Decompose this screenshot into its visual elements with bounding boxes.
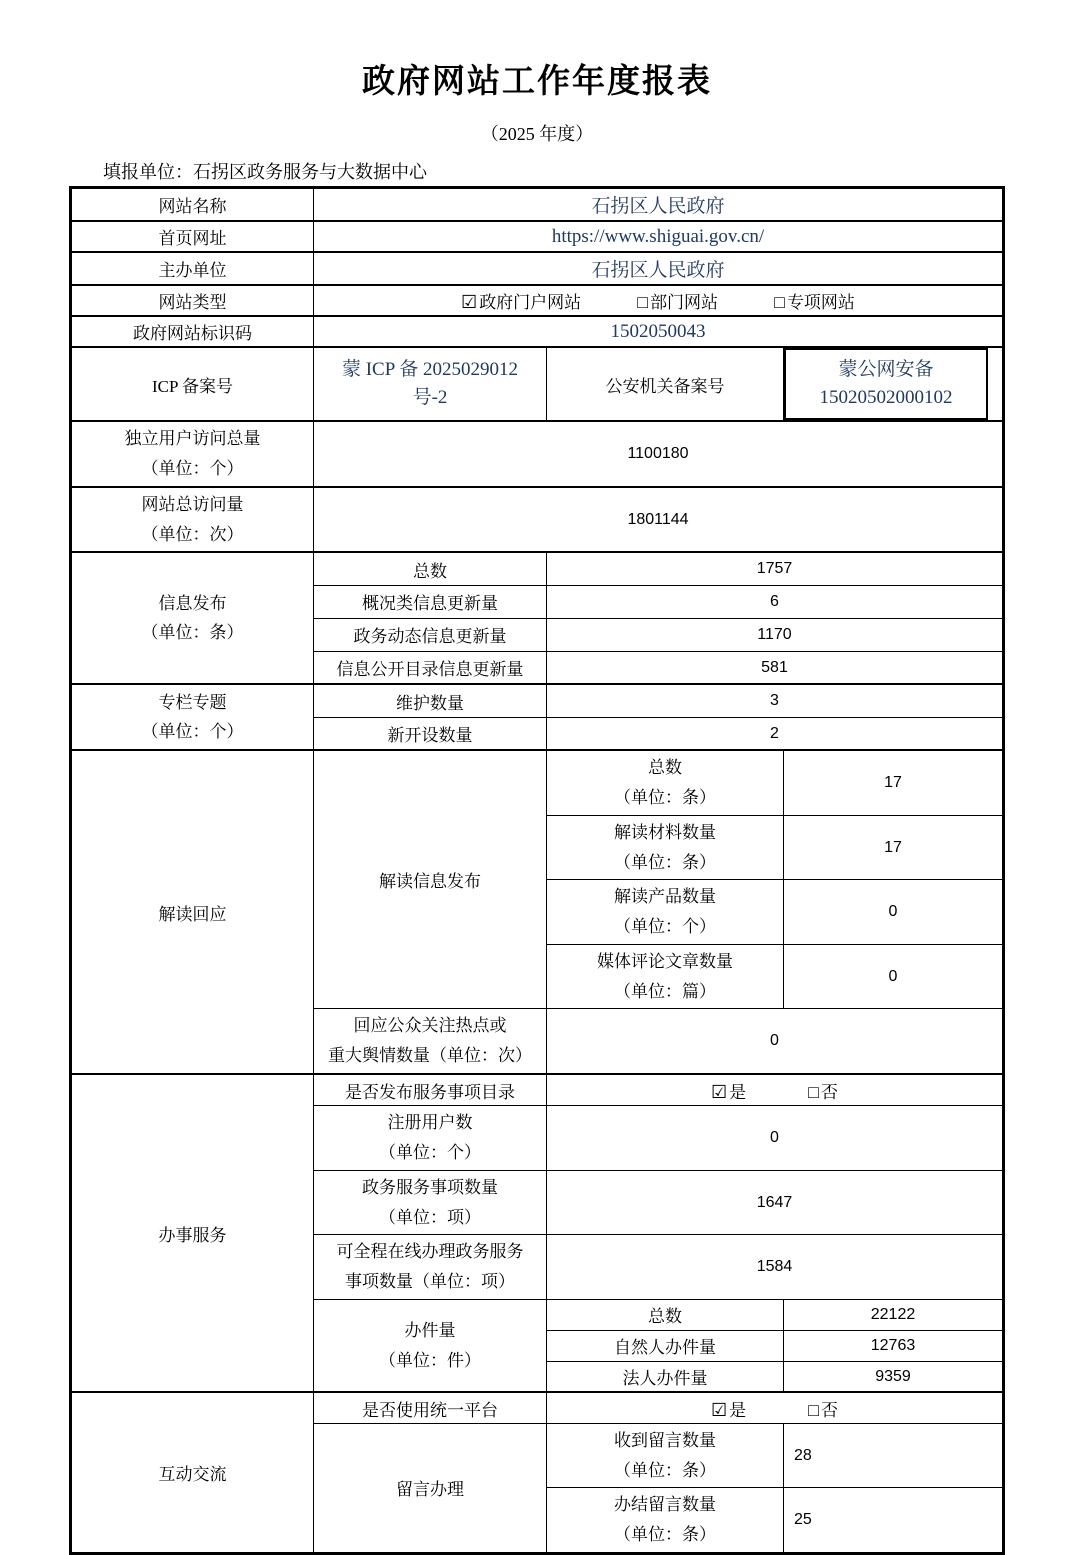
checkbox-unchecked-icon[interactable]: □ — [808, 1400, 819, 1420]
services-catalog-options: ☑是 □否 — [547, 1074, 1004, 1106]
messages-received-value: 28 — [784, 1423, 1004, 1488]
annual-report-table: 网站名称 石拐区人民政府 首页网址 https://www.shiguai.go… — [69, 186, 1005, 1555]
option-label: 部门网站 — [650, 293, 718, 312]
interaction-section-label: 互动交流 — [71, 1392, 314, 1553]
option-label: 否 — [821, 1401, 838, 1420]
platform-option-no[interactable]: □否 — [808, 1396, 838, 1421]
total-visits-value: 1801144 — [314, 487, 1004, 553]
interpretation-media-value: 0 — [784, 944, 1004, 1009]
organizer-value: 石拐区人民政府 — [314, 252, 1004, 285]
checkbox-unchecked-icon[interactable]: □ — [808, 1082, 819, 1102]
table-row: 主办单位 石拐区人民政府 — [71, 252, 1004, 285]
columns-section-label: 专栏专题 （单位：个） — [71, 684, 314, 750]
option-label: 是 — [729, 1401, 746, 1420]
handled-total-value: 22122 — [784, 1299, 1004, 1330]
police-record-cell: 蒙公网安备 15020502000102 — [784, 347, 1004, 421]
interpretation-material-value: 17 — [784, 815, 1004, 880]
messages-resolved-label: 办结留言数量 （单位：条） — [547, 1488, 784, 1554]
table-row: 信息发布 （单位：条） 总数 1757 — [71, 552, 1004, 585]
registered-users-label: 注册用户数 （单位：个） — [314, 1106, 547, 1171]
handled-legal-label: 法人办件量 — [547, 1361, 784, 1392]
info-publish-catalog-value: 581 — [547, 651, 1004, 684]
service-items-label: 政务服务事项数量 （单位：项） — [314, 1170, 547, 1235]
unique-visitors-value: 1100180 — [314, 421, 1004, 487]
table-row: 互动交流 是否使用统一平台 ☑是 □否 — [71, 1392, 1004, 1423]
total-visits-label: 网站总访问量 （单位：次） — [71, 487, 314, 553]
report-page: 政府网站工作年度报表 （2025 年度） 填报单位：石拐区政务服务与大数据中心 … — [0, 0, 1074, 1555]
table-row: 办事服务 是否发布服务事项目录 ☑是 □否 — [71, 1074, 1004, 1106]
handled-legal-value: 9359 — [784, 1361, 1004, 1392]
handled-natural-value: 12763 — [784, 1330, 1004, 1361]
interpretation-publish-label: 解读信息发布 — [314, 750, 547, 1009]
info-publish-total-value: 1757 — [547, 552, 1004, 585]
hotspot-response-label: 回应公众关注热点或 重大舆情数量（单位：次） — [314, 1009, 547, 1074]
columns-new-label: 新开设数量 — [314, 717, 547, 750]
catalog-option-yes[interactable]: ☑是 — [711, 1078, 746, 1103]
table-row: 解读回应 解读信息发布 总数 （单位：条） 17 — [71, 750, 1004, 815]
interpretation-section-label: 解读回应 — [71, 750, 314, 1074]
info-publish-total-label: 总数 — [314, 552, 547, 585]
home-url-label: 首页网址 — [71, 221, 314, 252]
option-label: 是 — [729, 1083, 746, 1102]
interpretation-material-label: 解读材料数量 （单位：条） — [547, 815, 784, 880]
unified-platform-options: ☑是 □否 — [547, 1392, 1004, 1423]
message-handling-label: 留言办理 — [314, 1423, 547, 1553]
info-publish-dynamic-value: 1170 — [547, 618, 1004, 651]
option-label: 专项网站 — [787, 293, 855, 312]
icp-value-line2: 号-2 — [318, 384, 542, 413]
site-type-options: ☑政府门户网站 □部门网站 □专项网站 — [314, 285, 1004, 316]
icp-value-line1: 蒙 ICP 备 2025029012 — [318, 356, 542, 385]
info-publish-dynamic-label: 政务动态信息更新量 — [314, 618, 547, 651]
table-row: 网站总访问量 （单位：次） 1801144 — [71, 487, 1004, 553]
icp-label: ICP 备案号 — [71, 347, 314, 421]
info-publish-overview-value: 6 — [547, 585, 1004, 618]
table-row: 网站名称 石拐区人民政府 — [71, 188, 1004, 222]
organizer-label: 主办单位 — [71, 252, 314, 285]
checkbox-unchecked-icon[interactable]: □ — [637, 292, 648, 312]
report-year: （2025 年度） — [0, 120, 1074, 146]
interpretation-total-label: 总数 （单位：条） — [547, 750, 784, 815]
checkbox-checked-icon[interactable]: ☑ — [461, 292, 477, 312]
handled-natural-label: 自然人办件量 — [547, 1330, 784, 1361]
registered-users-value: 0 — [547, 1106, 1004, 1171]
unified-platform-label: 是否使用统一平台 — [314, 1392, 547, 1423]
columns-new-value: 2 — [547, 717, 1004, 750]
messages-resolved-value: 25 — [784, 1488, 1004, 1554]
columns-maintained-value: 3 — [547, 684, 1004, 717]
table-row: 政府网站标识码 1502050043 — [71, 316, 1004, 347]
home-url-link[interactable]: https://www.shiguai.gov.cn/ — [314, 221, 1004, 252]
site-type-option-special[interactable]: □专项网站 — [774, 288, 855, 313]
checkbox-checked-icon[interactable]: ☑ — [711, 1400, 727, 1420]
handled-volume-label: 办件量 （单位：件） — [314, 1299, 547, 1392]
table-row: 首页网址 https://www.shiguai.gov.cn/ — [71, 221, 1004, 252]
interpretation-media-label: 媒体评论文章数量 （单位：篇） — [547, 944, 784, 1009]
option-label: 否 — [821, 1083, 838, 1102]
site-code-value: 1502050043 — [314, 316, 1004, 347]
service-items-value: 1647 — [547, 1170, 1004, 1235]
info-publish-catalog-label: 信息公开目录信息更新量 — [314, 651, 547, 684]
police-record-box: 蒙公网安备 15020502000102 — [784, 348, 988, 420]
catalog-option-no[interactable]: □否 — [808, 1078, 838, 1103]
info-publish-overview-label: 概况类信息更新量 — [314, 585, 547, 618]
online-service-items-value: 1584 — [547, 1235, 1004, 1300]
columns-maintained-label: 维护数量 — [314, 684, 547, 717]
online-service-items-label: 可全程在线办理政务服务 事项数量（单位：项） — [314, 1235, 547, 1300]
police-record-label: 公安机关备案号 — [547, 347, 784, 421]
checkbox-checked-icon[interactable]: ☑ — [711, 1082, 727, 1102]
table-row: 网站类型 ☑政府门户网站 □部门网站 □专项网站 — [71, 285, 1004, 316]
interpretation-product-label: 解读产品数量 （单位：个） — [547, 880, 784, 945]
page-title: 政府网站工作年度报表 — [0, 64, 1074, 100]
site-name-label: 网站名称 — [71, 188, 314, 222]
table-row: ICP 备案号 蒙 ICP 备 2025029012 号-2 公安机关备案号 蒙… — [71, 347, 1004, 421]
reporting-unit: 填报单位：石拐区政务服务与大数据中心 — [103, 158, 1074, 184]
site-type-label: 网站类型 — [71, 285, 314, 316]
messages-received-label: 收到留言数量 （单位：条） — [547, 1423, 784, 1488]
site-code-label: 政府网站标识码 — [71, 316, 314, 347]
option-label: 政府门户网站 — [479, 293, 581, 312]
table-row: 独立用户访问总量 （单位：个） 1100180 — [71, 421, 1004, 487]
table-row: 专栏专题 （单位：个） 维护数量 3 — [71, 684, 1004, 717]
services-section-label: 办事服务 — [71, 1074, 314, 1393]
interpretation-total-value: 17 — [784, 750, 1004, 815]
platform-option-yes[interactable]: ☑是 — [711, 1396, 746, 1421]
site-type-option-portal[interactable]: ☑政府门户网站 — [461, 288, 581, 313]
interpretation-product-value: 0 — [784, 880, 1004, 945]
info-publish-section-label: 信息发布 （单位：条） — [71, 552, 314, 684]
checkbox-unchecked-icon[interactable]: □ — [774, 292, 785, 312]
site-name-value: 石拐区人民政府 — [314, 188, 1004, 222]
police-record-line2: 15020502000102 — [786, 384, 986, 413]
site-type-option-department[interactable]: □部门网站 — [637, 288, 718, 313]
services-catalog-label: 是否发布服务事项目录 — [314, 1074, 547, 1106]
hotspot-response-value: 0 — [547, 1009, 1004, 1074]
unique-visitors-label: 独立用户访问总量 （单位：个） — [71, 421, 314, 487]
handled-total-label: 总数 — [547, 1299, 784, 1330]
icp-value: 蒙 ICP 备 2025029012 号-2 — [314, 347, 547, 421]
police-record-line1: 蒙公网安备 — [786, 356, 986, 385]
